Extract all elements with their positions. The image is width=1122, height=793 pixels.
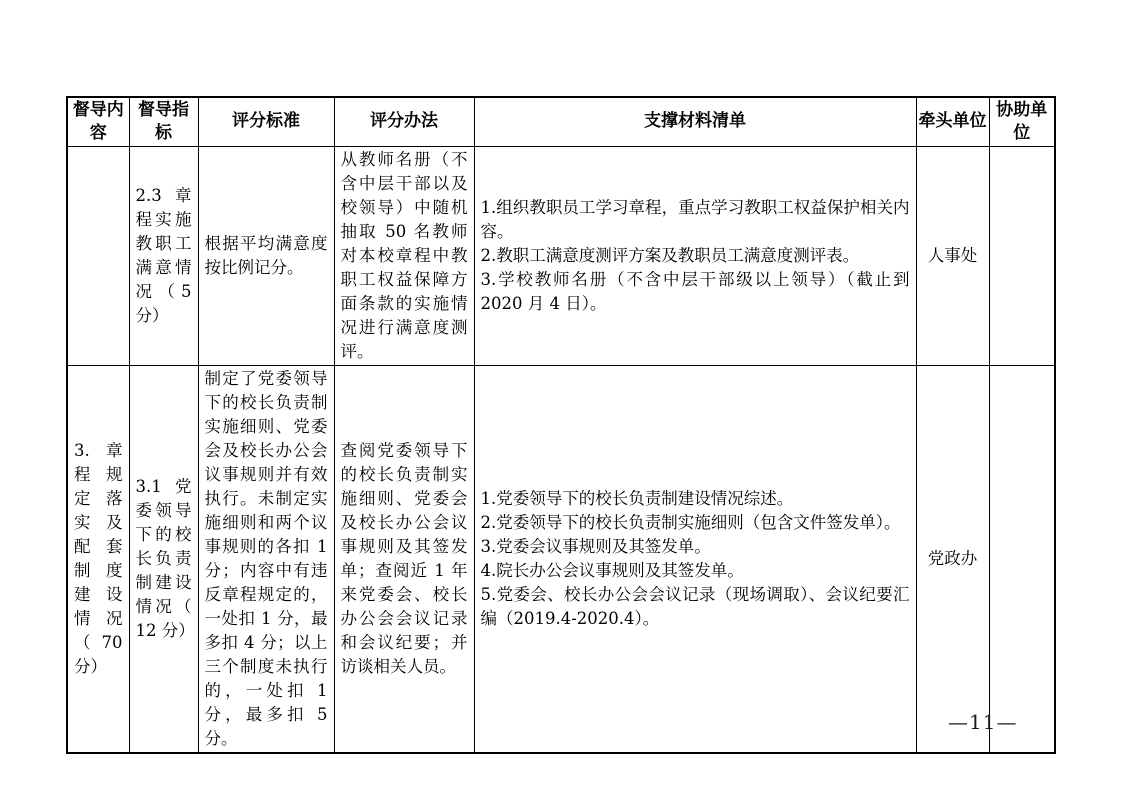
cell-supervision-content	[67, 146, 129, 365]
header-lead-unit: 牵头单位	[916, 97, 989, 146]
document-page: 督导内容 督导指标 评分标准 评分办法 支撑材料清单 牵头单位 协助单位 2.3…	[0, 0, 1122, 793]
material-item: 5.党委会、校长办公会会议记录（现场调取）、会议纪要汇编（2019.4-2020…	[481, 583, 910, 631]
header-supporting-materials: 支撑材料清单	[474, 97, 916, 146]
cell-scoring-method: 查阅党委领导下的校长负责制实施细则、党委会及校长办公会议事规则及其签发单；查阅近…	[334, 365, 474, 753]
header-supervision-indicator: 督导指标	[129, 97, 198, 146]
cell-lead-unit: 党政办	[916, 365, 989, 753]
cell-scoring-standard: 根据平均满意度按比例记分。	[198, 146, 334, 365]
cell-supporting-materials: 1.组织教职员工学习章程，重点学习教职工权益保护相关内容。 2.教职工满意度测评…	[474, 146, 916, 365]
material-item: 4.院长办公会议事规则及其签发单。	[481, 559, 910, 583]
cell-supervision-indicator: 3.1 党委领导下的校长负责制建设情况（ 12 分）	[129, 365, 198, 753]
material-item: 3.学校教师名册（不含中层干部级以上领导）（截止到 2020 月 4 日）。	[481, 268, 910, 316]
cell-supervision-indicator: 2.3 章程实施教职工满意情况（5 分）	[129, 146, 198, 365]
header-scoring-standard: 评分标准	[198, 97, 334, 146]
cell-lead-unit: 人事处	[916, 146, 989, 365]
cell-supporting-materials: 1.党委领导下的校长负责制建设情况综述。 2.党委领导下的校长负责制实施细则（包…	[474, 365, 916, 753]
page-number: —11—	[948, 710, 1017, 734]
material-item: 2.党委领导下的校长负责制实施细则（包含文件签发单）。	[481, 511, 910, 535]
material-item: 1.组织教职员工学习章程，重点学习教职工权益保护相关内容。	[481, 196, 910, 244]
supervision-scoring-table: 督导内容 督导指标 评分标准 评分办法 支撑材料清单 牵头单位 协助单位 2.3…	[66, 96, 1056, 754]
material-item: 3.党委会议事规则及其签发单。	[481, 535, 910, 559]
cell-assist-unit	[989, 146, 1055, 365]
table-header-row: 督导内容 督导指标 评分标准 评分办法 支撑材料清单 牵头单位 协助单位	[67, 97, 1055, 146]
cell-scoring-method: 从教师名册（不含中层干部以及校领导）中随机抽取 50 名教师对本校章程中教职工权…	[334, 146, 474, 365]
table-row: 2.3 章程实施教职工满意情况（5 分） 根据平均满意度按比例记分。 从教师名册…	[67, 146, 1055, 365]
material-item: 1.党委领导下的校长负责制建设情况综述。	[481, 487, 910, 511]
cell-assist-unit	[989, 365, 1055, 753]
cell-scoring-standard: 制定了党委领导下的校长负责制实施细则、党委会及校长办公会议事规则并有效执行。未制…	[198, 365, 334, 753]
header-supervision-content: 督导内容	[67, 97, 129, 146]
header-assist-unit: 协助单位	[989, 97, 1055, 146]
cell-supervision-content: 3.章程规定落实及配套制度建设情况（70 分）	[67, 365, 129, 753]
material-item: 2.教职工满意度测评方案及教职员工满意度测评表。	[481, 244, 910, 268]
header-scoring-method: 评分办法	[334, 97, 474, 146]
table-row: 3.章程规定落实及配套制度建设情况（70 分） 3.1 党委领导下的校长负责制建…	[67, 365, 1055, 753]
